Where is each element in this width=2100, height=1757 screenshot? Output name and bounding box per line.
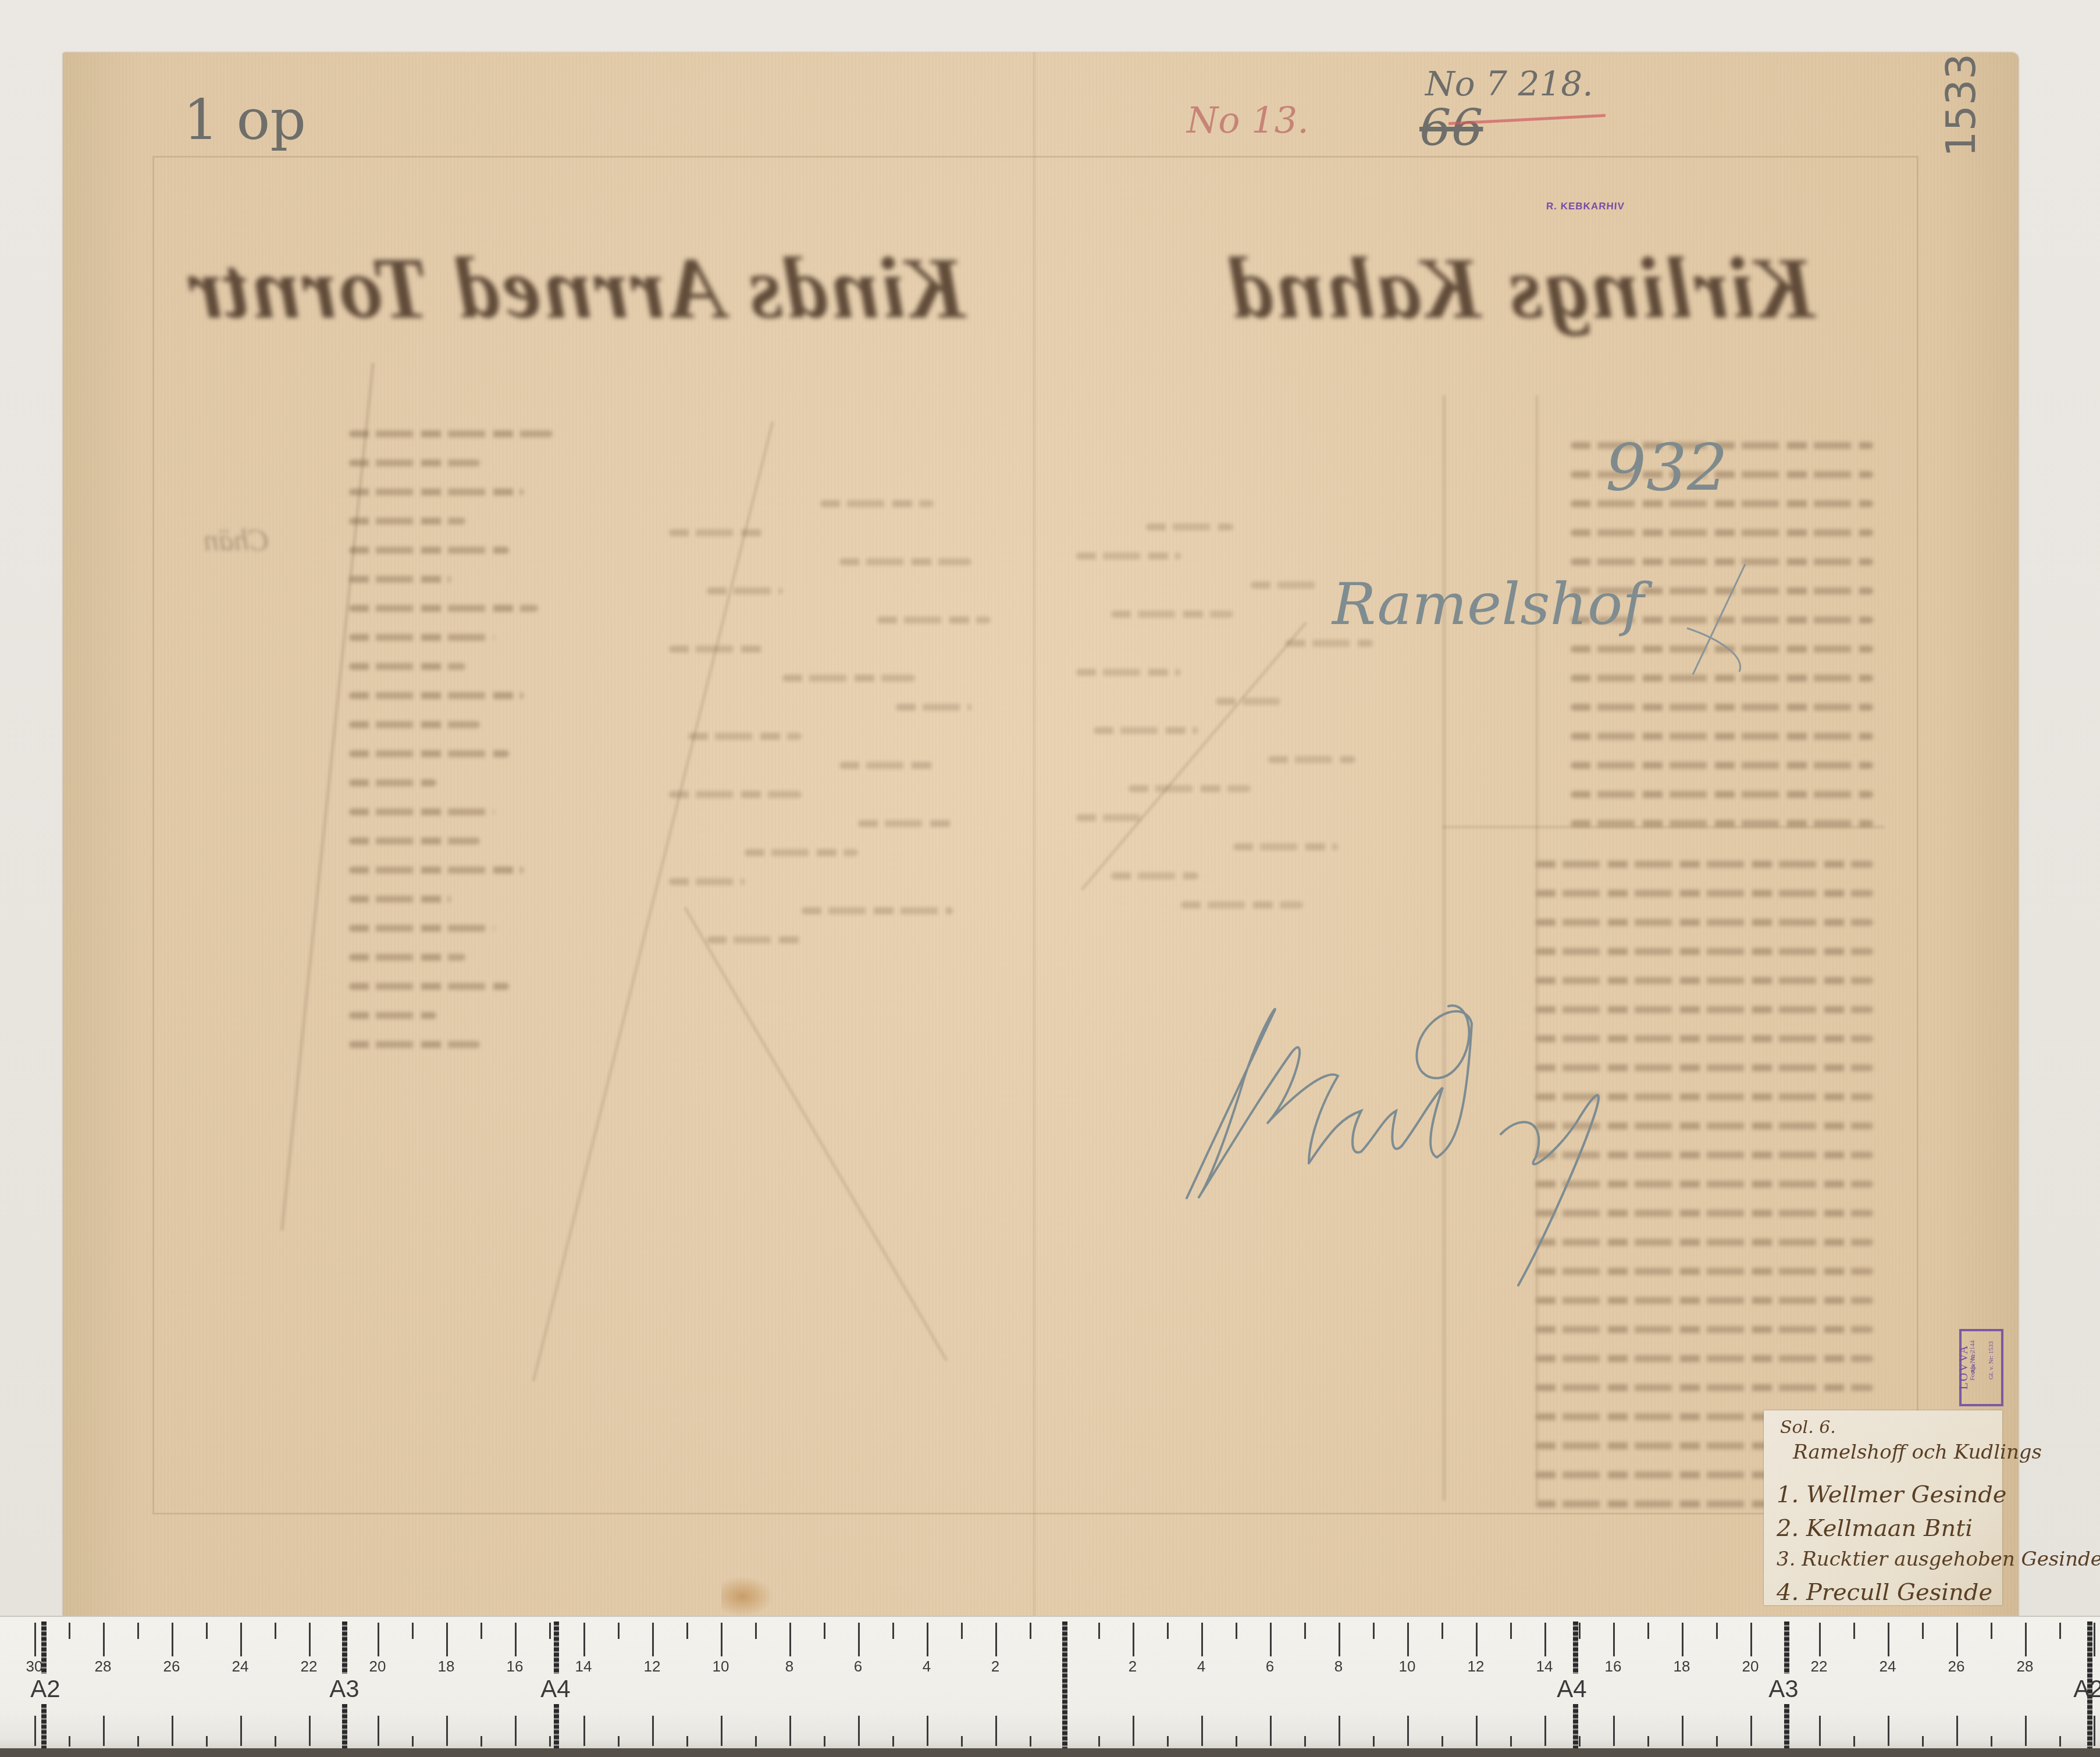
ruler-tick — [1750, 1716, 1752, 1746]
ruler-tick — [1991, 1623, 1992, 1639]
ruler-tick — [378, 1716, 379, 1746]
ruler-tick — [721, 1716, 722, 1746]
ruler-tick — [1201, 1623, 1203, 1656]
ruler-edge — [0, 1748, 2100, 1757]
ruler-tick — [103, 1623, 105, 1656]
ruler-tick — [1853, 1623, 1855, 1639]
ruler-tick — [961, 1623, 963, 1639]
signature-brendy — [1175, 989, 1815, 1303]
ruler-tick — [721, 1623, 722, 1656]
ruler-tick-label: 26 — [163, 1658, 180, 1676]
label-title: Ramelshoff och Kudlings — [1793, 1441, 2042, 1464]
ruler-tick — [1441, 1736, 1443, 1747]
ruler-tick — [1270, 1623, 1272, 1656]
ruler-tick-label: 20 — [1742, 1658, 1759, 1676]
ruler-tick — [2094, 1716, 2095, 1746]
ruler-tick — [275, 1736, 276, 1747]
ruler-tick-label: 30 — [26, 1658, 43, 1676]
ruler-tick — [1750, 1623, 1752, 1656]
label-header: Sol. 6. — [1780, 1417, 1836, 1438]
ruler-tick — [1407, 1623, 1409, 1656]
ruler-tick — [858, 1716, 860, 1746]
ruler-tick-label: 12 — [1468, 1658, 1485, 1676]
ghost-title-right: Kirlings Kahnd — [1227, 238, 1816, 338]
measurement-ruler: 3028262422201816141210864224681012141618… — [0, 1616, 2100, 1749]
ruler-tick — [618, 1736, 620, 1747]
ruler-tick — [172, 1716, 173, 1746]
ruler-tick — [583, 1623, 585, 1656]
ruler-tick — [892, 1736, 894, 1747]
annotation-no-13: No 13. — [1187, 99, 1309, 141]
label-item: 4. Precull Gesinde — [1777, 1579, 1992, 1606]
ruler-tick — [480, 1736, 482, 1747]
ruler-a3-marker — [342, 1704, 347, 1748]
ruler-tick — [1647, 1623, 1649, 1639]
ruler-tick — [240, 1623, 242, 1656]
ruler-tick — [137, 1623, 139, 1639]
ruler-tick — [1922, 1736, 1924, 1747]
annotation-1op: 1 op — [183, 87, 306, 152]
ruler-tick-label: 14 — [575, 1658, 592, 1676]
ruler-tick-label: 24 — [232, 1658, 249, 1676]
ruler-tick-label: 28 — [95, 1658, 112, 1676]
ruler-tick — [755, 1736, 757, 1747]
ruler-tick — [1133, 1716, 1134, 1746]
ruler-tick — [1819, 1716, 1821, 1746]
ruler-size-label: A3 — [1768, 1675, 1798, 1703]
ruler-tick — [1373, 1623, 1375, 1639]
ruler-tick-label: 2 — [1129, 1658, 1137, 1676]
ruler-tick — [1304, 1736, 1306, 1747]
ruler-tick — [1441, 1623, 1443, 1639]
ruler-a4-marker — [554, 1621, 559, 1674]
ruler-tick — [2094, 1623, 2095, 1656]
ruler-tick — [1991, 1736, 1992, 1747]
ruler-size-label: A3 — [329, 1675, 359, 1703]
ruler-tick — [275, 1623, 276, 1639]
ruler-tick — [137, 1736, 139, 1747]
ruler-center-marker — [1062, 1621, 1067, 1748]
ruler-tick — [1716, 1623, 1718, 1639]
ruler-tick — [789, 1623, 791, 1656]
ruler-a3-marker — [1784, 1621, 1789, 1674]
label-item: 1. Wellmer Gesinde — [1777, 1481, 2006, 1508]
ruler-tick-label: 6 — [1266, 1658, 1274, 1676]
ruler-a4-marker — [1573, 1704, 1578, 1748]
ruler-tick — [378, 1623, 379, 1656]
ruler-tick — [1544, 1623, 1546, 1656]
ruler-tick — [1647, 1736, 1649, 1747]
ruler-tick — [892, 1623, 894, 1639]
ruler-tick-label: 14 — [1536, 1658, 1553, 1676]
ruler-a3-marker — [342, 1621, 347, 1674]
ruler-tick — [1613, 1716, 1615, 1746]
ruler-tick — [1682, 1716, 1683, 1746]
ruler-tick — [1476, 1623, 1478, 1656]
ruler-tick-label: 20 — [369, 1658, 386, 1676]
ruler-tick — [412, 1736, 414, 1747]
annotation-ref-66: 66 — [1419, 99, 1483, 157]
ruler-tick — [206, 1736, 208, 1747]
ruler-tick — [2059, 1623, 2061, 1639]
ruler-tick — [1407, 1716, 1409, 1746]
ruler-tick — [618, 1623, 620, 1639]
ruler-tick — [515, 1623, 517, 1656]
ruler-tick — [1133, 1623, 1134, 1656]
ruler-tick — [1098, 1736, 1100, 1747]
ruler-tick-label: 10 — [1399, 1658, 1416, 1676]
ruler-size-label: A4 — [1557, 1675, 1586, 1703]
ruler-tick-label: 28 — [2017, 1658, 2034, 1676]
lovva-gl: Gl. v. Nr: 1533 — [1988, 1341, 1995, 1380]
ruler-tick — [2025, 1716, 2027, 1746]
ruler-tick — [1030, 1623, 1031, 1639]
ruler-tick — [2025, 1623, 2027, 1656]
ruler-tick-label: 22 — [1811, 1658, 1828, 1676]
ruler-tick-label: 22 — [301, 1658, 318, 1676]
ruler-tick-label: 6 — [854, 1658, 862, 1676]
ruler-a4-marker — [554, 1704, 559, 1748]
ruler-tick — [1819, 1623, 1821, 1656]
ruler-tick — [1167, 1623, 1169, 1639]
ruler-tick — [1682, 1623, 1683, 1656]
ruler-tick — [995, 1623, 997, 1656]
ghost-map-labels — [669, 500, 1047, 965]
annotation-ref-218: No 7 218. — [1425, 64, 1593, 104]
ruler-tick — [172, 1623, 173, 1656]
ruler-tick — [995, 1716, 997, 1746]
ruler-tick — [549, 1623, 551, 1639]
ruler-tick-label: 18 — [438, 1658, 455, 1676]
ruler-a2-marker — [41, 1621, 47, 1674]
label-item: 2. Kellmaan Bnti — [1777, 1515, 1973, 1542]
ruler-tick — [652, 1623, 654, 1656]
ruler-tick — [1167, 1736, 1169, 1747]
annotation-932: 932 — [1606, 430, 1728, 505]
ruler-tick-label: 8 — [1334, 1658, 1343, 1676]
archive-stamp: R. KEBKARHIV — [1546, 201, 1625, 212]
label-item: 3. Rucktier ausgehoben Gesinde — [1777, 1548, 2100, 1571]
ruler-tick — [686, 1623, 688, 1639]
ruler-tick — [309, 1623, 311, 1656]
ruler-tick — [446, 1716, 448, 1746]
ruler-tick — [34, 1623, 36, 1656]
ruler-tick — [1304, 1623, 1306, 1639]
ruler-a3-marker — [1784, 1704, 1789, 1748]
lovva-archive-stamp: LOVVA Fonds Nr: 2144 Apr. Nr: Gl. v. Nr:… — [1959, 1329, 2003, 1406]
ruler-tick — [1270, 1716, 1272, 1746]
ruler-tick — [583, 1716, 585, 1746]
ruler-tick-label: 18 — [1674, 1658, 1690, 1676]
ruler-tick — [858, 1623, 860, 1656]
ruler-tick — [1236, 1623, 1237, 1639]
ruler-tick — [686, 1736, 688, 1747]
ruler-tick — [1956, 1623, 1958, 1656]
catalog-label-card: Sol. 6. Ramelshoff och Kudlings 1. Wellm… — [1764, 1410, 2002, 1605]
ruler-tick — [824, 1623, 825, 1639]
ruler-tick — [927, 1716, 928, 1746]
ruler-a2-marker — [41, 1704, 47, 1748]
ruler-tick-label: 16 — [1605, 1658, 1622, 1676]
ruler-tick — [1098, 1623, 1100, 1639]
ruler-tick-label: 12 — [644, 1658, 661, 1676]
ruler-tick — [1373, 1736, 1375, 1747]
ruler-tick — [446, 1623, 448, 1656]
ruler-tick — [755, 1623, 757, 1639]
ruler-tick — [1339, 1623, 1340, 1656]
ruler-tick — [1544, 1716, 1546, 1746]
ruler-tick — [1476, 1716, 1478, 1746]
ruler-tick-label: 2 — [991, 1658, 999, 1676]
ruler-tick — [240, 1716, 242, 1746]
ruler-tick — [927, 1623, 928, 1656]
ghost-place-label: Chän — [204, 523, 269, 558]
ruler-tick — [549, 1736, 551, 1747]
ruler-tick — [1613, 1623, 1615, 1656]
ramelshof-flourish — [1675, 558, 1768, 675]
annotation-ramelshof: Ramelshof — [1332, 570, 1644, 638]
ruler-tick — [206, 1623, 208, 1639]
ruler-tick — [1716, 1736, 1718, 1747]
ruler-tick — [1888, 1716, 1889, 1746]
ruler-tick — [1579, 1736, 1581, 1747]
ruler-size-label: A2 — [30, 1675, 60, 1703]
ruler-size-label: A2 — [2073, 1675, 2100, 1703]
ruler-tick-label: 10 — [713, 1658, 729, 1676]
ruler-tick — [824, 1736, 825, 1747]
lovva-apr: Apr. Nr: — [1970, 1352, 1977, 1374]
ruler-tick — [789, 1716, 791, 1746]
ruler-tick — [412, 1623, 414, 1639]
ruler-tick-label: 4 — [1197, 1658, 1205, 1676]
ruler-tick — [1579, 1623, 1581, 1639]
ghost-table-rule — [1443, 395, 1446, 1501]
ruler-tick — [34, 1716, 36, 1746]
ruler-tick — [1030, 1736, 1031, 1747]
ruler-tick — [515, 1716, 517, 1746]
ruler-tick — [69, 1623, 70, 1639]
ruler-tick-label: 4 — [923, 1658, 931, 1676]
ruler-tick — [1201, 1716, 1203, 1746]
ruler-tick — [1510, 1736, 1512, 1747]
ruler-tick — [1510, 1623, 1512, 1639]
ruler-tick-label: 8 — [785, 1658, 793, 1676]
ruler-tick — [961, 1736, 963, 1747]
ruler-tick — [1236, 1736, 1237, 1747]
ghost-map-labels — [349, 430, 640, 1070]
ruler-tick — [1339, 1716, 1340, 1746]
ruler-tick — [1853, 1736, 1855, 1747]
ruler-tick-label: 26 — [1948, 1658, 1965, 1676]
annotation-1533-vertical: 1533 — [1937, 54, 1985, 157]
ruler-tick — [2059, 1736, 2061, 1747]
ruler-tick — [1888, 1623, 1889, 1656]
ruler-tick — [1922, 1623, 1924, 1639]
ruler-tick-label: 16 — [507, 1658, 524, 1676]
ruler-tick-label: 24 — [1880, 1658, 1896, 1676]
ruler-tick — [103, 1716, 105, 1746]
ruler-tick — [309, 1716, 311, 1746]
ruler-tick — [1956, 1716, 1958, 1746]
ruler-size-label: A4 — [540, 1675, 570, 1703]
ruler-a4-marker — [1573, 1621, 1578, 1674]
ruler-tick — [480, 1623, 482, 1639]
ruler-tick — [69, 1736, 70, 1747]
water-stain — [721, 1576, 774, 1617]
ruler-tick — [652, 1716, 654, 1746]
ghost-title-left: Kinds Arrned Torntr — [186, 238, 966, 338]
